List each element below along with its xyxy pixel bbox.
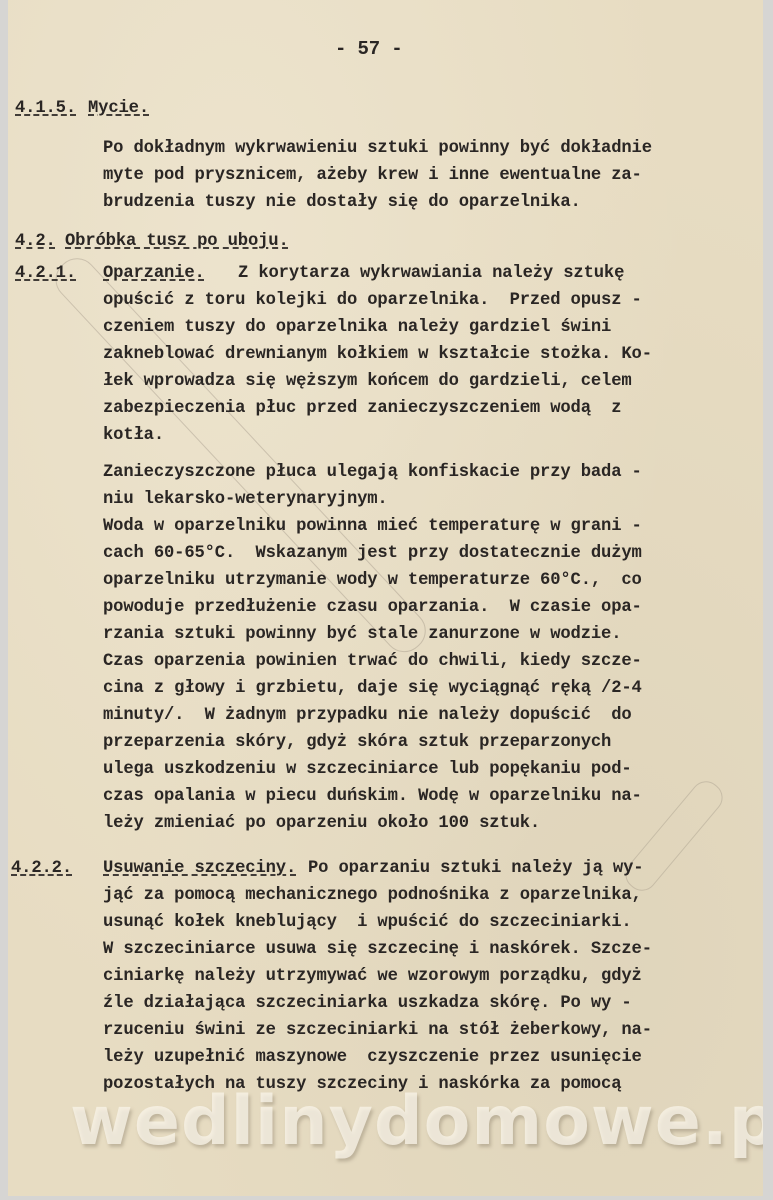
section-number: 4.2.2. (11, 860, 72, 877)
section-number: 4.2. (15, 233, 56, 250)
text-line: ulega uszkodzeniu w szczeciniarce lub po… (103, 761, 632, 778)
scanned-page: - 57 - 4.1.5. Mycie. Po dokładnym wykrwa… (8, 0, 763, 1196)
text-line: oparzelniku utrzymanie wody w temperatur… (103, 572, 642, 589)
text-line: cina z głowy i grzbietu, daje się wyciąg… (103, 680, 642, 697)
text-line: Czas oparzenia powinien trwać do chwili,… (103, 653, 642, 670)
text-line: jąć za pomocą mechanicznego podnośnika z… (103, 887, 642, 904)
text-line: rzuceniu świni ze szczeciniarki na stół … (103, 1022, 652, 1039)
text-line: Po oparzaniu sztuki należy ją wy- (308, 860, 643, 877)
text-line: Po dokładnym wykrwawieniu sztuki powinny… (103, 140, 652, 157)
text-line: źle działająca szczeciniarka uszkadza sk… (103, 995, 632, 1012)
text-line: powoduje przedłużenie czasu oparzania. W… (103, 599, 642, 616)
text-line: kotła. (103, 427, 164, 444)
text-line: opuścić z toru kolejki do oparzelnika. P… (103, 292, 642, 309)
text-line: leży zmieniać po oparzeniu około 100 szt… (103, 815, 540, 832)
page-number: - 57 - (335, 40, 403, 59)
text-line: leży uzupełnić maszynowe czyszczenie prz… (103, 1049, 642, 1066)
text-line: brudzenia tuszy nie dostały się do oparz… (103, 194, 581, 211)
text-line: łek wprowadza się węższym końcem do gard… (103, 373, 632, 390)
text-line: rzania sztuki powinny być stale zanurzon… (103, 626, 621, 643)
text-line: zabezpieczenia płuc przed zanieczyszczen… (103, 400, 621, 417)
watermark: wedlinydomowe.pl (70, 1082, 763, 1161)
section-number: 4.2.1. (15, 265, 76, 282)
text-line: usunąć kołek kneblujący i wpuścić do szc… (103, 914, 632, 931)
section-number: 4.1.5. (15, 100, 76, 117)
text-line: Z korytarza wykrwawiania należy sztukę (238, 265, 624, 282)
text-line: Zanieczyszczone płuca ulegają konfiskaci… (103, 464, 642, 481)
text-line: niu lekarsko-weterynaryjnym. (103, 491, 388, 508)
section-heading: Obróbka tusz po uboju. (65, 233, 289, 250)
text-line: cach 60-65°C. Wskazanym jest przy dostat… (103, 545, 642, 562)
text-line: Woda w oparzelniku powinna mieć temperat… (103, 518, 642, 535)
text-line: przeparzenia skóry, gdyż skóra sztuk prz… (103, 734, 611, 751)
section-heading: Oparzanie. (103, 265, 205, 282)
text-line: myte pod prysznicem, ażeby krew i inne e… (103, 167, 642, 184)
text-line: czas opalania w piecu duńskim. Wodę w op… (103, 788, 642, 805)
text-line: zakneblować drewnianym kołkiem w kształc… (103, 346, 652, 363)
section-heading: Mycie. (88, 100, 149, 117)
text-line: ciniarkę należy utrzymywać we wzorowym p… (103, 968, 642, 985)
text-line: czeniem tuszy do oparzelnika należy gard… (103, 319, 611, 336)
section-heading: Usuwanie szczeciny. (103, 860, 296, 877)
text-line: W szczeciniarce usuwa się szczecinę i na… (103, 941, 652, 958)
text-line: minuty/. W żadnym przypadku nie należy d… (103, 707, 632, 724)
